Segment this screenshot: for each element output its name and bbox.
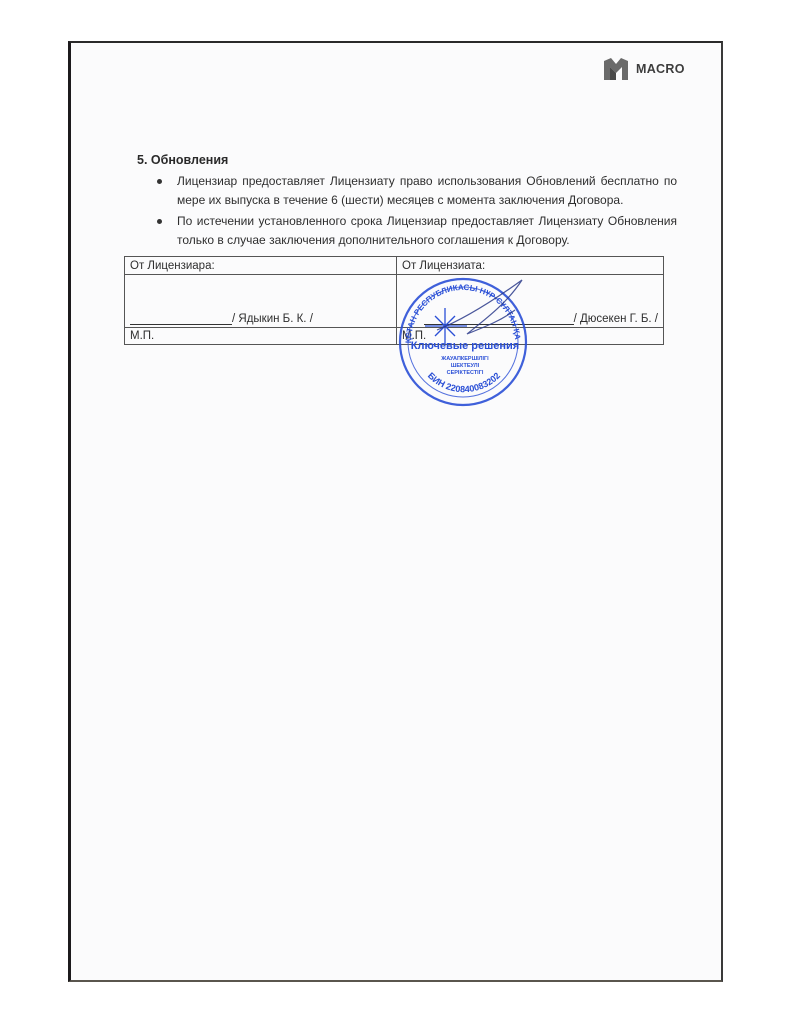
licensor-seal-label: М.П.: [125, 328, 397, 345]
bullet-list: Лицензиар предоставляет Лицензиату право…: [137, 172, 677, 250]
bullet-text: Лицензиар предоставляет Лицензиату право…: [177, 174, 677, 207]
licensee-header: От Лицензиата:: [397, 257, 664, 275]
licensee-name: / Дюсекен Г. Б. /: [574, 313, 658, 325]
bullet-text: По истечении установленного срока Лиценз…: [177, 214, 677, 247]
bullet-icon: [157, 219, 162, 224]
section-title: 5. Обновления: [137, 153, 677, 167]
licensee-signature-line: [424, 312, 574, 325]
licensor-signature-line: [130, 312, 232, 325]
signature-table: От Лицензиара: От Лицензиата: / Ядыкин Б…: [124, 256, 664, 345]
licensor-signature-cell: / Ядыкин Б. К. /: [125, 275, 397, 328]
licensee-signature-cell: / Дюсекен Г. Б. /: [397, 275, 664, 328]
seal-row: М.П. М.П.: [125, 328, 664, 345]
licensor-name: / Ядыкин Б. К. /: [232, 313, 313, 325]
bullet-item: По истечении установленного срока Лиценз…: [137, 212, 677, 250]
updates-section: 5. Обновления Лицензиар предоставляет Ли…: [137, 153, 677, 252]
logo-text: MACRO: [636, 62, 685, 76]
licensor-header: От Лицензиара:: [125, 257, 397, 275]
macro-logo: MACRO: [604, 58, 685, 80]
signature-header-row: От Лицензиара: От Лицензиата:: [125, 257, 664, 275]
macro-m-logo-icon: [604, 58, 628, 80]
bullet-icon: [157, 179, 162, 184]
signature-row: / Ядыкин Б. К. / / Дюсекен Г. Б. /: [125, 275, 664, 328]
licensee-seal-label: М.П.: [397, 328, 664, 345]
bullet-item: Лицензиар предоставляет Лицензиату право…: [137, 172, 677, 210]
